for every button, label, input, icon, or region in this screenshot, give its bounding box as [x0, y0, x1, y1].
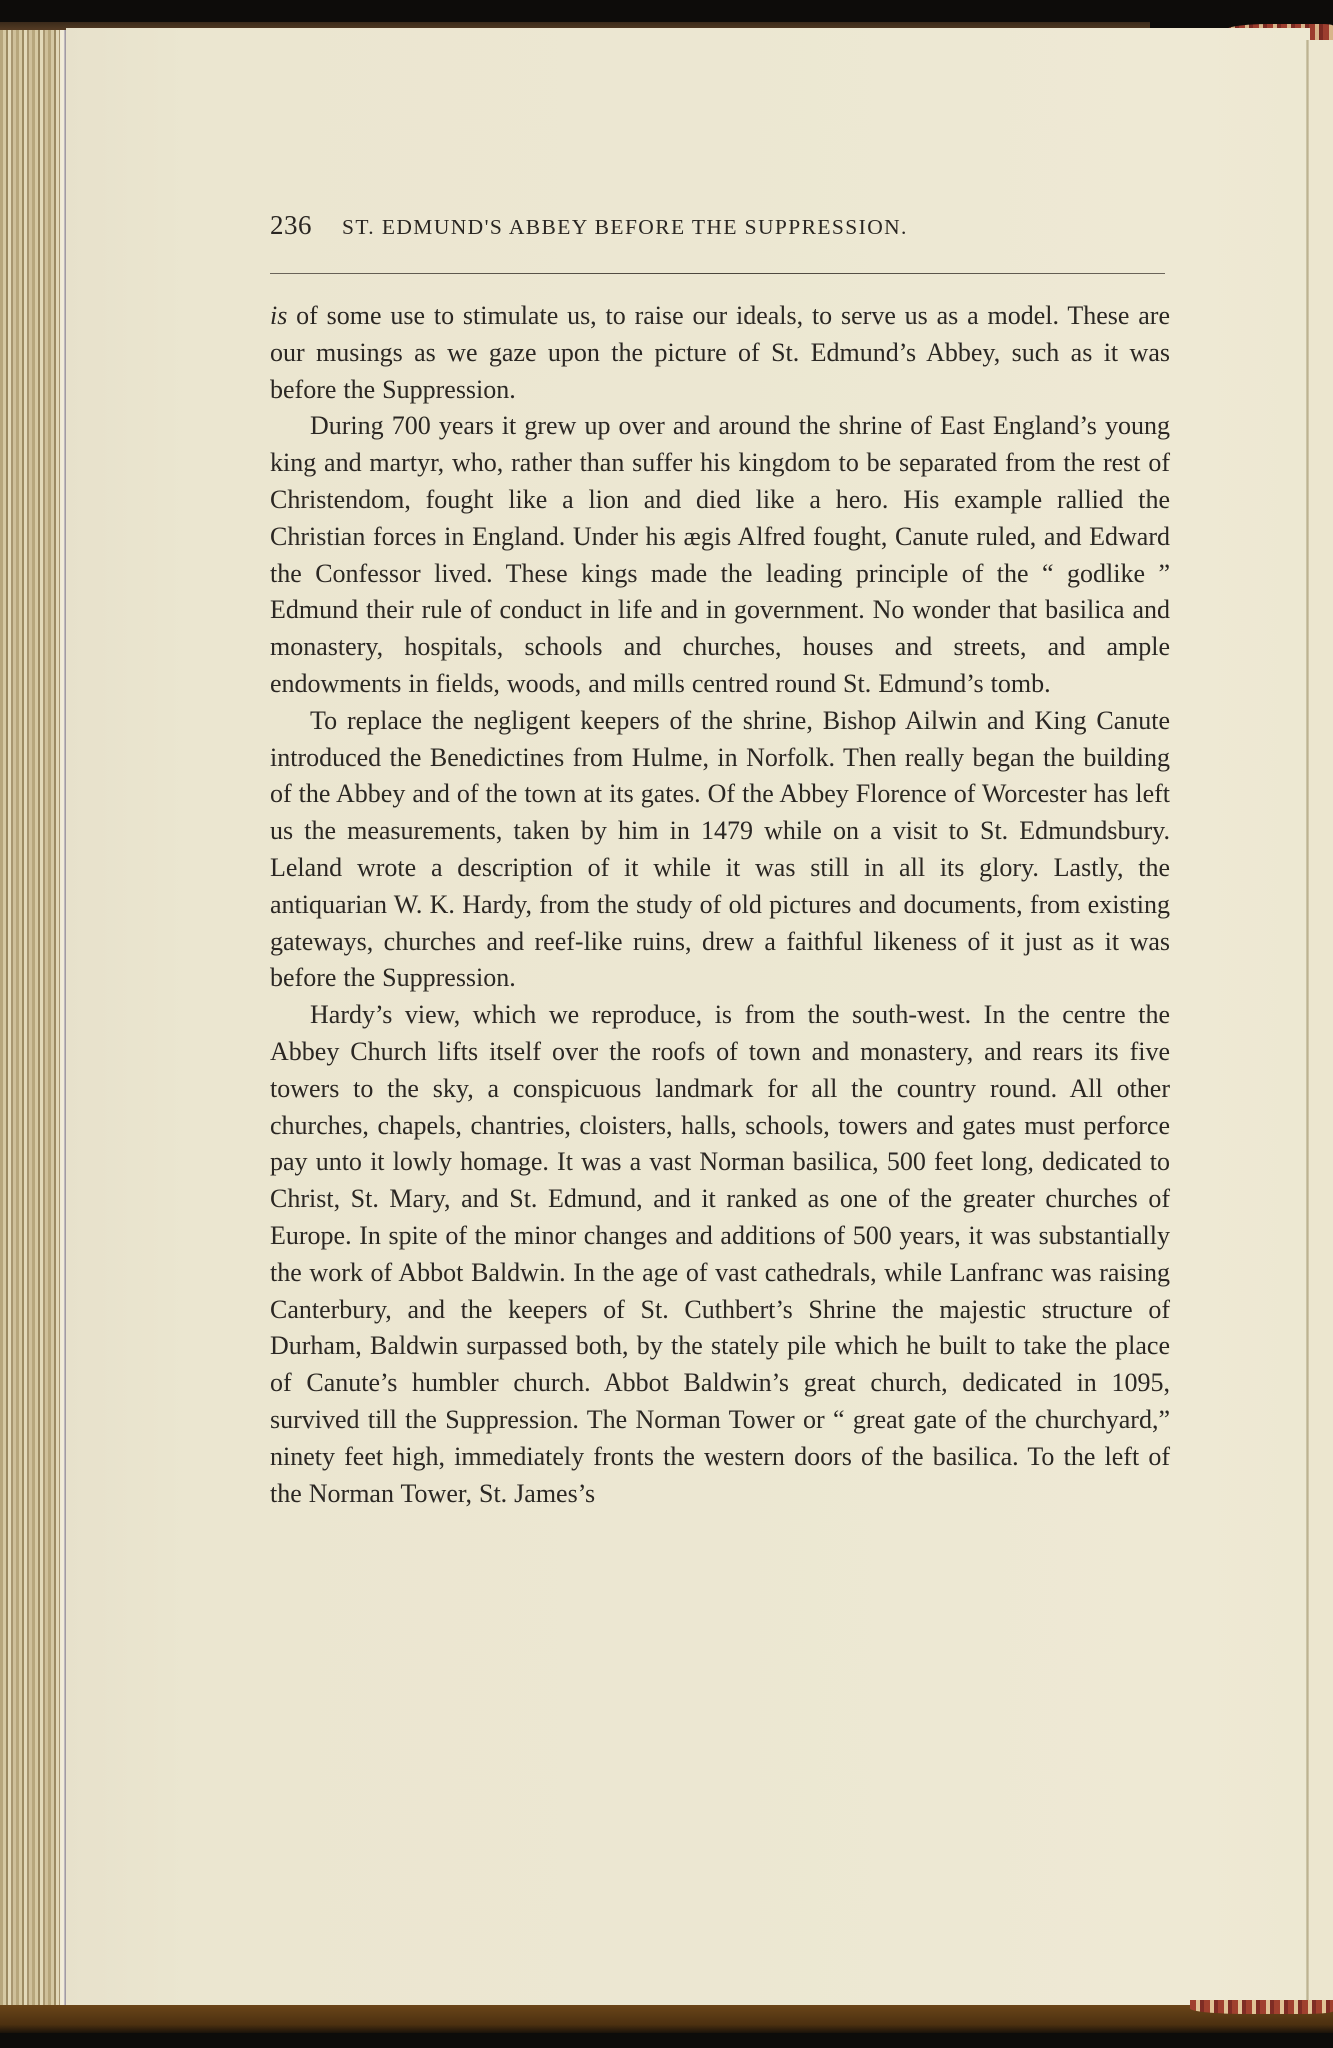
header-rule [270, 273, 1165, 274]
page-number: 236 [270, 210, 342, 241]
paragraph: Hardy’s view, which we reproduce, is fro… [270, 997, 1170, 1512]
book-board-bottom-edge [0, 2005, 1333, 2033]
book-scan: 236 ST. EDMUND'S ABBEY BEFORE THE SUPPRE… [0, 0, 1333, 2048]
running-head: 236 ST. EDMUND'S ABBEY BEFORE THE SUPPRE… [270, 210, 1170, 250]
running-title: ST. EDMUND'S ABBEY BEFORE THE SUPPRESSIO… [342, 215, 908, 240]
paragraph-text: of some use to stimulate us, to raise ou… [270, 301, 1170, 404]
paragraph: is of some use to stimulate us, to raise… [270, 298, 1170, 408]
facing-page-edge [1309, 40, 1333, 2005]
headband-bottom [1190, 2000, 1333, 2014]
paragraph-lead-italic: is [270, 301, 287, 330]
body-text: is of some use to stimulate us, to raise… [270, 298, 1170, 1512]
paragraph: During 700 years it grew up over and aro… [270, 408, 1170, 702]
page-edge-stack [0, 30, 66, 2008]
paragraph: To replace the negligent keepers of the … [270, 703, 1170, 997]
